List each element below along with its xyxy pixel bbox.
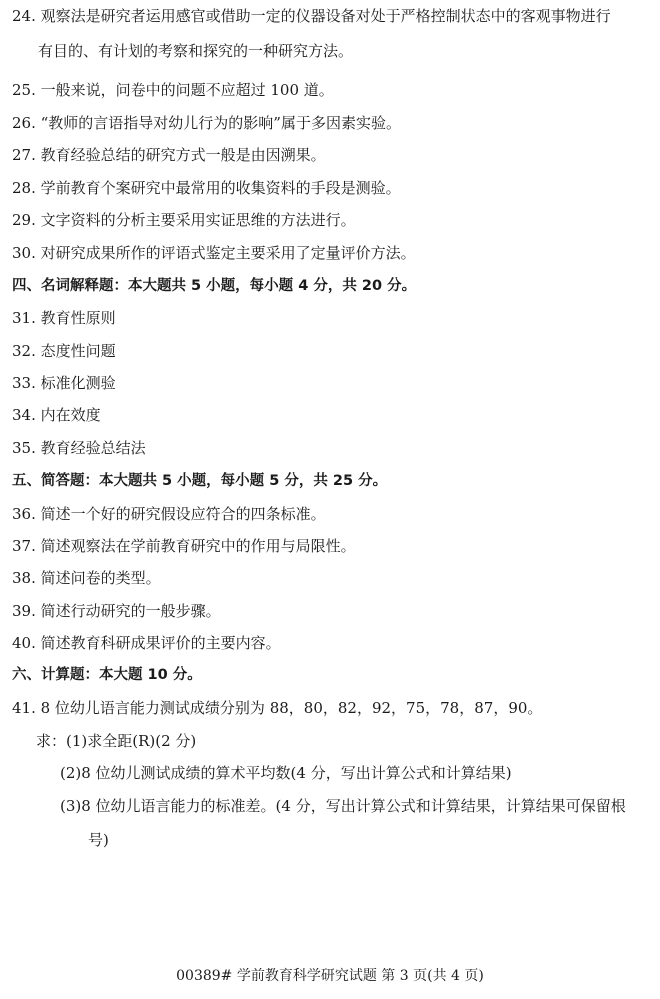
- question-line: 41. 8 位幼儿语言能力测试成绩分别为 88，80，82，92，75，78，8…: [12, 698, 542, 718]
- question-line: 38. 简述问卷的类型。: [12, 568, 161, 588]
- question-line: 26. “教师的言语指导对幼儿行为的影响”属于多因素实验。: [12, 113, 401, 133]
- question-line: 32. 态度性问题: [12, 341, 116, 361]
- question-line: 35. 教育经验总结法: [12, 438, 146, 458]
- question-line: 号): [88, 830, 109, 850]
- question-line: 求：(1)求全距(R)(2 分): [36, 731, 196, 751]
- question-line: (2)8 位幼儿测试成绩的算术平均数(4 分，写出计算公式和计算结果): [60, 763, 512, 783]
- section-heading: 四、名词解释题：本大题共 5 小题，每小题 4 分，共 20 分。: [12, 276, 416, 296]
- question-line: 31. 教育性原则: [12, 308, 116, 328]
- question-line: (3)8 位幼儿语言能力的标准差。(4 分，写出计算公式和计算结果，计算结果可保…: [60, 796, 626, 816]
- question-line: 30. 对研究成果所作的评语式鉴定主要采用了定量评价方法。: [12, 243, 416, 263]
- question-line: 29. 文字资料的分析主要采用实证思维的方法进行。: [12, 210, 356, 230]
- section-heading: 五、简答题：本大题共 5 小题，每小题 5 分，共 25 分。: [12, 471, 387, 491]
- question-line: 24. 观察法是研究者运用感官或借助一定的仪器设备对处于严格控制状态中的客观事物…: [12, 6, 611, 26]
- question-line: 34. 内在效度: [12, 405, 101, 425]
- question-line: 33. 标准化测验: [12, 373, 116, 393]
- question-line: 27. 教育经验总结的研究方式一般是由因溯果。: [12, 145, 326, 165]
- question-line: 25. 一般来说，问卷中的问题不应超过 100 道。: [12, 80, 334, 100]
- page-footer: 00389# 学前教育科学研究试题 第 3 页(共 4 页): [0, 965, 660, 985]
- question-line: 37. 简述观察法在学前教育研究中的作用与局限性。: [12, 536, 356, 556]
- question-line: 36. 简述一个好的研究假设应符合的四条标准。: [12, 504, 326, 524]
- question-line: 28. 学前教育个案研究中最常用的收集资料的手段是测验。: [12, 178, 401, 198]
- question-line: 40. 简述教育科研成果评价的主要内容。: [12, 633, 281, 653]
- question-line: 39. 简述行动研究的一般步骤。: [12, 601, 221, 621]
- section-heading: 六、计算题：本大题 10 分。: [12, 665, 202, 685]
- question-line: 有目的、有计划的考察和探究的一种研究方法。: [38, 41, 353, 61]
